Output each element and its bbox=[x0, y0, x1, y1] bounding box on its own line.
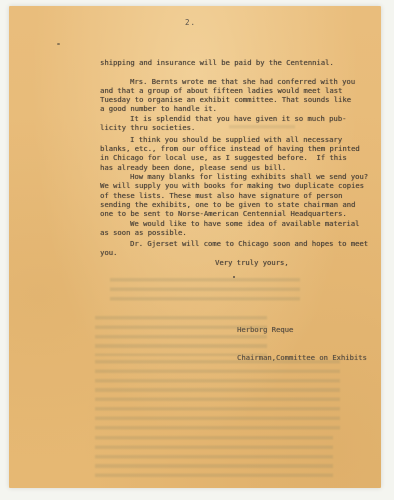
page-number: 2. bbox=[185, 18, 196, 27]
paragraph: We would like to have some idea of avail… bbox=[100, 219, 382, 238]
bleedthrough-text bbox=[95, 436, 333, 480]
letter-line: We would like to have some idea of avail… bbox=[100, 219, 382, 228]
paragraph: I think you should be supplied with all … bbox=[100, 135, 382, 172]
letter-line: one to be sent to Norse-American Centenn… bbox=[100, 209, 382, 218]
letter-line: has already been done, please send us bi… bbox=[100, 163, 382, 172]
bleedthrough-text bbox=[95, 316, 267, 356]
letter-line: a good number to handle it. bbox=[100, 104, 382, 113]
bleedthrough-text bbox=[95, 360, 340, 434]
letter-line: shipping and insurance will be paid by t… bbox=[100, 58, 382, 67]
letter-line: Mrs. Bernts wrote me that she had confer… bbox=[100, 77, 382, 86]
letter-line: I think you should be supplied with all … bbox=[100, 135, 382, 144]
letter-page: 2. shipping and insurance will be paid b… bbox=[9, 6, 381, 488]
letter-line: you. bbox=[100, 248, 382, 257]
paragraph: How many blanks for listing exhibits sha… bbox=[100, 172, 382, 218]
letter-line: We will supply you with books for making… bbox=[100, 181, 382, 190]
paragraph: Mrs. Bernts wrote me that she had confer… bbox=[100, 77, 382, 114]
paragraph: Dr. Gjerset will come to Chicago soon an… bbox=[100, 239, 382, 258]
letter-line: sending the exhibits, one to be given to… bbox=[100, 200, 382, 209]
letter-line: It is splendid that you have given it so… bbox=[100, 114, 382, 123]
paper-speck bbox=[233, 276, 235, 278]
letter-line: Dr. Gjerset will come to Chicago soon an… bbox=[100, 239, 382, 248]
letter-line: as soon as possible. bbox=[100, 228, 382, 237]
closing-valediction: Very truly yours, bbox=[215, 258, 289, 267]
letter-line: and that a group of about fifteen ladies… bbox=[100, 86, 382, 95]
letter-body: shipping and insurance will be paid by t… bbox=[100, 58, 382, 261]
bleedthrough-text bbox=[110, 278, 300, 306]
letter-line: blanks, etc., from our office instead of… bbox=[100, 144, 382, 153]
letter-line: in Chicago for local use, as I suggested… bbox=[100, 153, 382, 162]
letter-line: of these lists. These must also have sig… bbox=[100, 191, 382, 200]
letter-line: How many blanks for listing exhibits sha… bbox=[100, 172, 382, 181]
paper-speck bbox=[57, 43, 60, 45]
paragraph: shipping and insurance will be paid by t… bbox=[100, 58, 382, 67]
bleedthrough-text bbox=[229, 125, 295, 133]
letter-line: Tuesday to organise an exhibit committee… bbox=[100, 95, 382, 104]
